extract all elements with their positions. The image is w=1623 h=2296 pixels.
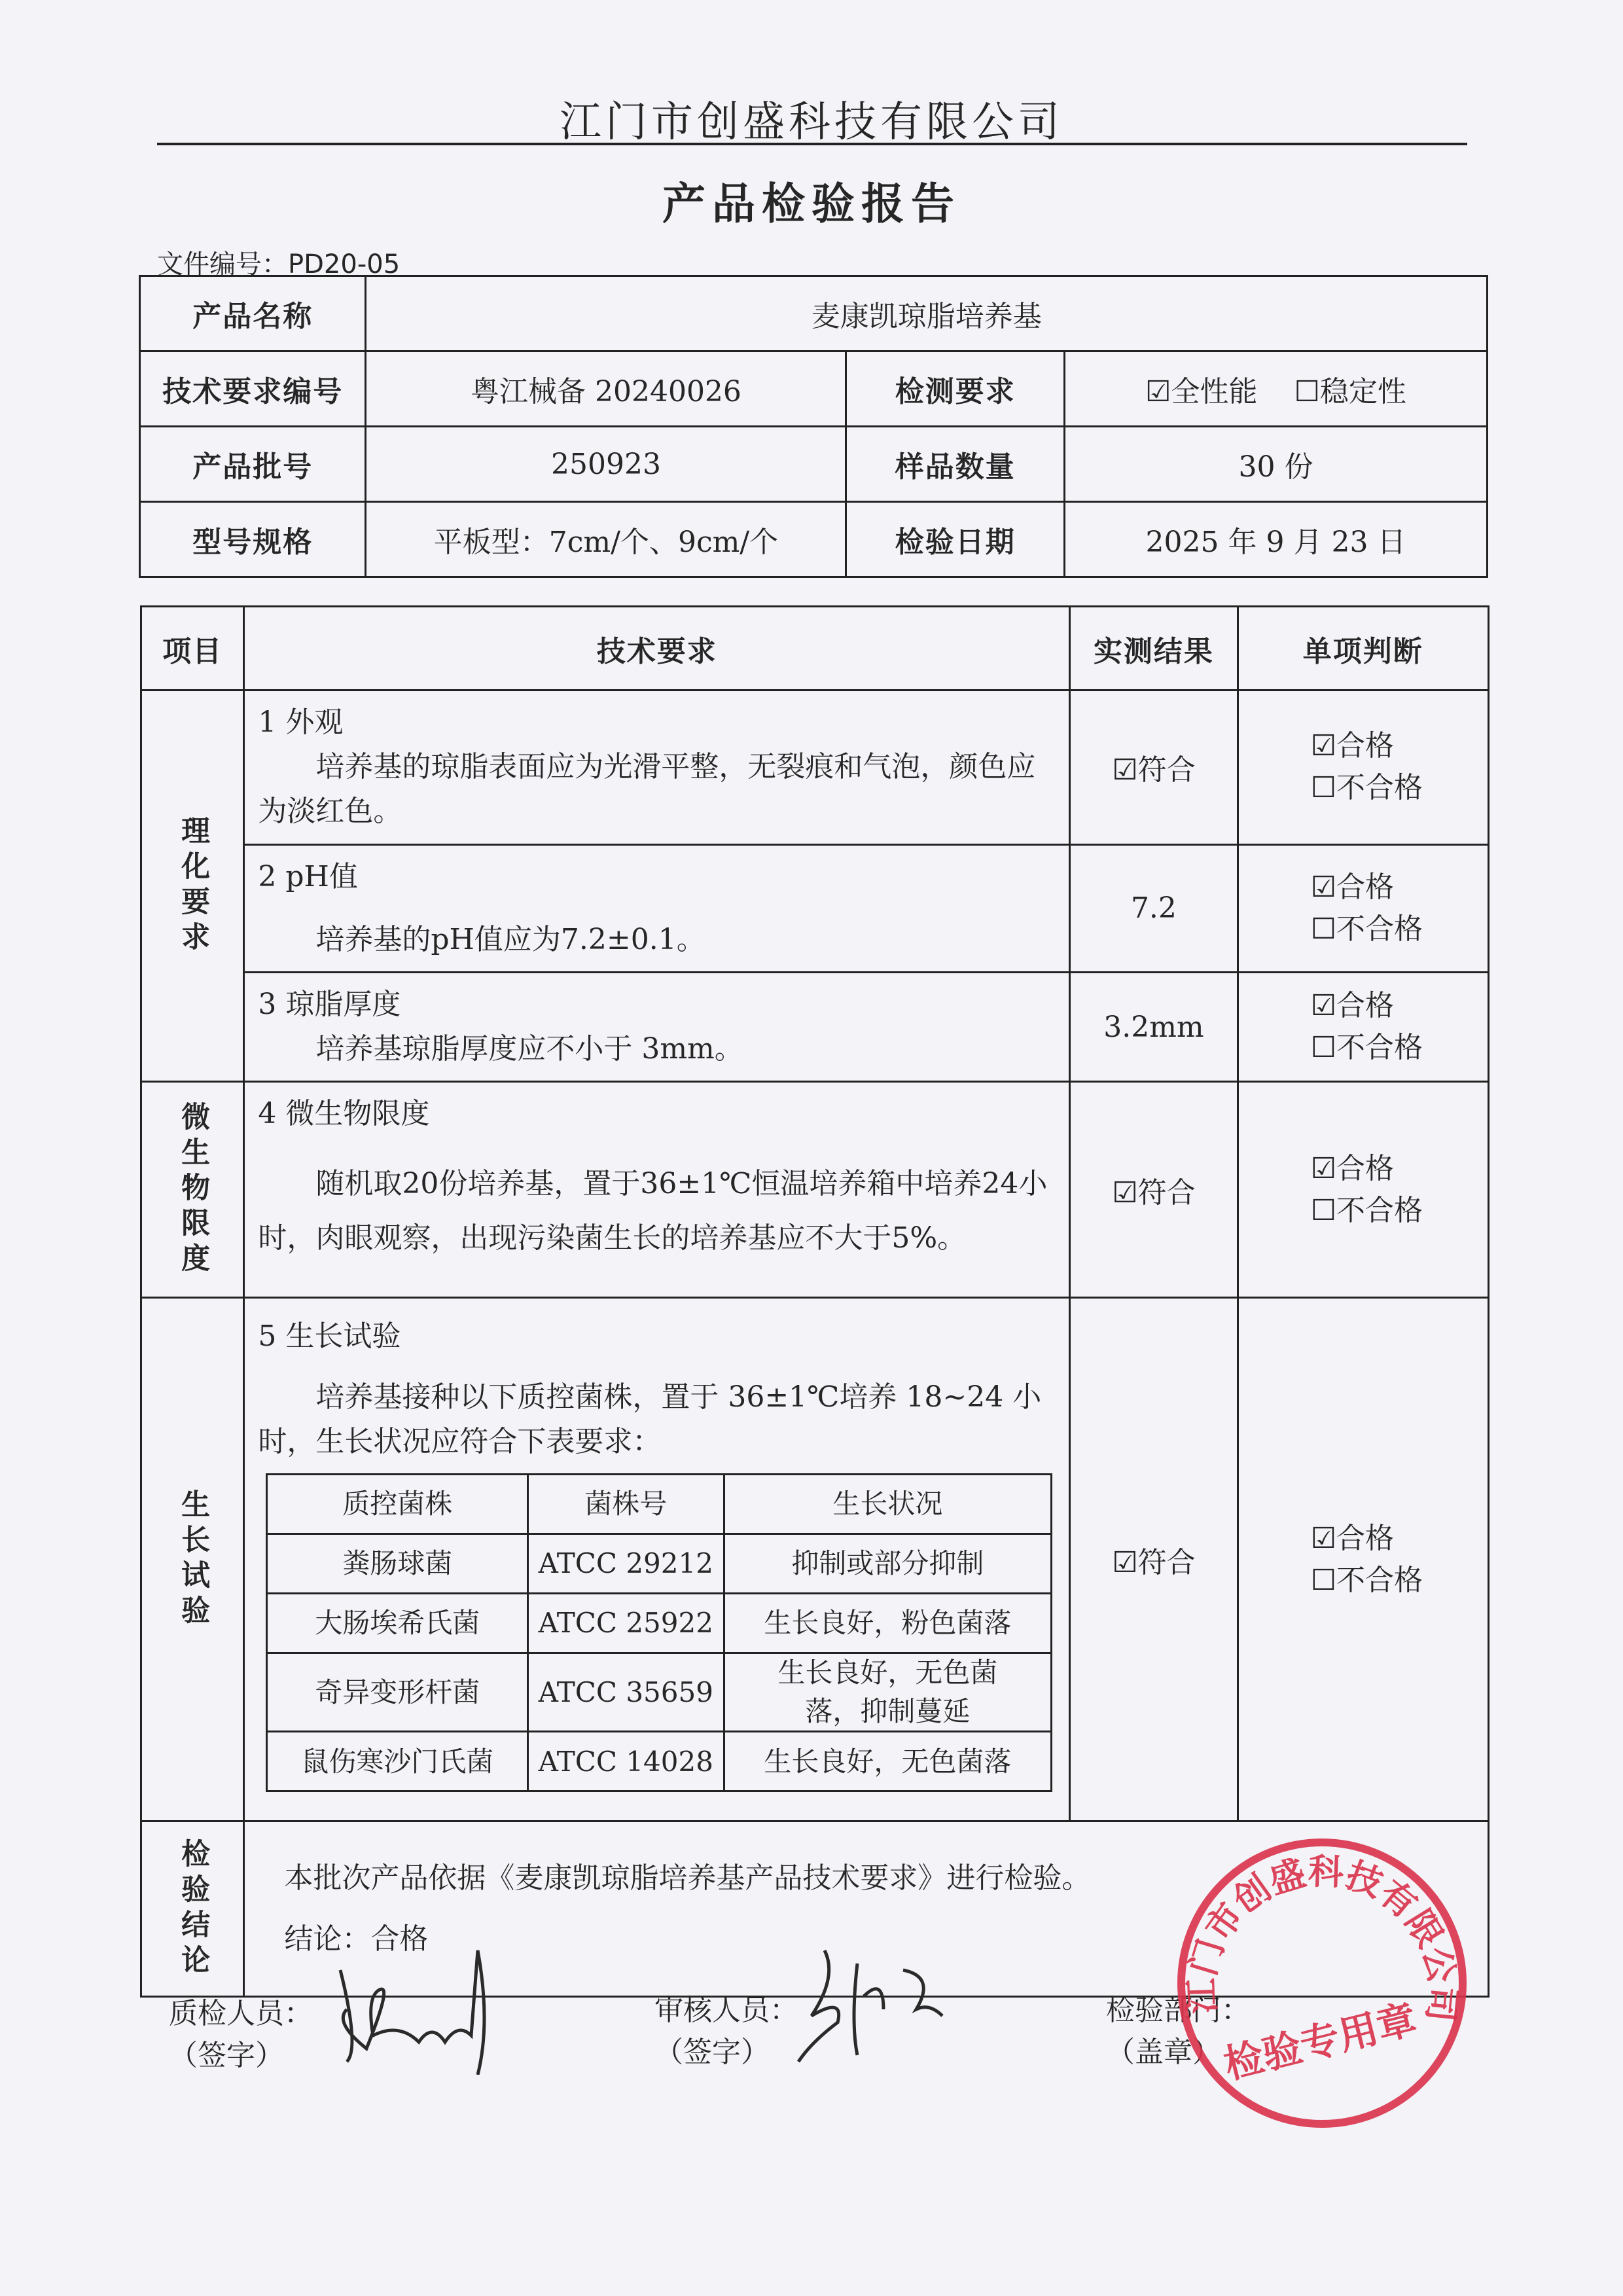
fail-checkbox[interactable]: ☐不合格 <box>1311 1560 1488 1602</box>
strain-code: ATCC 25922 <box>528 1593 724 1653</box>
growth-status: 生长良好，无色菌落 <box>724 1732 1052 1791</box>
test-date-label: 检验日期 <box>846 502 1064 577</box>
checked-box-icon: ☑ <box>1311 1522 1336 1555</box>
judgement-cell: ☑合格 ☐不合格 <box>1238 972 1488 1081</box>
fail-label: 不合格 <box>1336 1031 1423 1064</box>
inspector-signature[interactable] <box>321 1944 543 2075</box>
growth-header-status: 生长状况 <box>724 1474 1052 1534</box>
fail-checkbox[interactable]: ☐不合格 <box>1311 1190 1488 1232</box>
growth-table: 质控菌株 菌株号 生长状况 粪肠球菌 ATCC 29212 抑制或部分抑制 大肠… <box>266 1473 1052 1793</box>
judgement-cell: ☑合格 ☐不合格 <box>1238 1082 1488 1298</box>
growth-header-code: 菌株号 <box>528 1474 724 1534</box>
unchecked-box-icon: ☐ <box>1311 1564 1336 1597</box>
report-title: 产品检验报告 <box>0 169 1623 231</box>
results-table: 项目 技术要求 实测结果 单项判断 理化要求 1 外观培养基的琼脂表面应为光滑平… <box>140 605 1489 1998</box>
row-text: 培养基琼脂厚度应不小于 3mm。 <box>258 1027 1056 1071</box>
pass-label: 合格 <box>1336 1152 1394 1185</box>
row-text: 培养基接种以下质控菌株，置于 36±1℃培养 18~24 小时，生长状况应符合下… <box>258 1375 1056 1464</box>
pass-label: 合格 <box>1336 1522 1394 1555</box>
strain-name: 奇异变形杆菌 <box>267 1653 528 1732</box>
table-row: 微生物限度 4 微生物限度随机取20份培养基，置于36±1℃恒温培养箱中培养24… <box>141 1082 1489 1298</box>
reviewer-signature[interactable] <box>785 1937 1008 2068</box>
growth-row: 奇异变形杆菌 ATCC 35659 生长良好，无色菌落，抑制蔓延 <box>267 1653 1052 1732</box>
unchecked-box-icon: ☐ <box>1311 912 1336 946</box>
row-text: 培养基的pH值应为7.2±0.1。 <box>258 918 1056 962</box>
category-microbial: 微生物限度 <box>171 1102 213 1278</box>
svg-text:江门市创盛科技有限公司: 江门市创盛科技有限公司 <box>1181 1851 1463 2024</box>
category-growth: 生长试验 <box>171 1489 213 1630</box>
category-physchem: 理化要求 <box>171 816 213 957</box>
unchecked-box-icon: ☐ <box>1311 1031 1336 1064</box>
strain-name: 鼠伤寒沙门氏菌 <box>267 1732 528 1791</box>
batch-value: 250923 <box>366 427 846 502</box>
row-title: 2 pH值 <box>258 855 1056 899</box>
fail-label: 不合格 <box>1336 912 1423 946</box>
growth-row: 粪肠球菌 ATCC 29212 抑制或部分抑制 <box>267 1534 1052 1593</box>
checked-box-icon: ☑ <box>1311 870 1336 904</box>
judgement-cell: ☑合格 ☐不合格 <box>1238 844 1488 972</box>
fail-label: 不合格 <box>1336 1194 1423 1227</box>
sample-qty-value: 30 份 <box>1064 427 1487 502</box>
sample-qty-label: 样品数量 <box>846 427 1064 502</box>
inspector-note: （签字） <box>169 2035 313 2077</box>
growth-row: 鼠伤寒沙门氏菌 ATCC 14028 生长良好，无色菌落 <box>267 1732 1052 1791</box>
growth-header-strain: 质控菌株 <box>267 1474 528 1534</box>
header-measured: 实测结果 <box>1070 607 1238 691</box>
seal-ring-text: 江门市创盛科技有限公司 <box>1181 1851 1463 2024</box>
full-performance-label: 全性能 <box>1171 375 1258 408</box>
unchecked-box-icon: ☐ <box>1294 375 1319 408</box>
measured-value: 3.2mm <box>1070 972 1238 1081</box>
pass-label: 合格 <box>1336 729 1394 762</box>
product-info-table: 产品名称 麦康凯琼脂培养基 技术要求编号 粤江械备 20240026 检测要求 … <box>139 275 1488 578</box>
inspector-signature-block: 质检人员： （签字） <box>169 1993 313 2077</box>
reviewer-label: 审核人员： <box>654 1990 798 2032</box>
checked-box-icon: ☑ <box>1311 1152 1336 1185</box>
strain-name: 粪肠球菌 <box>267 1534 528 1593</box>
strain-code: ATCC 29212 <box>528 1534 724 1593</box>
pass-label: 合格 <box>1336 989 1394 1022</box>
tech-req-no-value: 粤江械备 20240026 <box>366 351 846 427</box>
pass-label: 合格 <box>1336 870 1394 904</box>
unchecked-box-icon: ☐ <box>1311 771 1336 804</box>
strain-code: ATCC 14028 <box>528 1732 724 1791</box>
company-seal-stamp: 江门市创盛科技有限公司 检验专用章 <box>1171 1833 1472 2134</box>
stability-checkbox[interactable]: ☐稳定性 <box>1294 375 1406 408</box>
reviewer-signature-block: 审核人员： （签字） <box>654 1990 798 2073</box>
strain-name: 大肠埃希氏菌 <box>267 1593 528 1653</box>
growth-status: 生长良好，粉色菌落 <box>724 1593 1052 1653</box>
row-title: 3 琼脂厚度 <box>258 982 1056 1027</box>
header-item: 项目 <box>141 607 244 691</box>
judgement-cell: ☑合格 ☐不合格 <box>1238 1298 1488 1821</box>
fail-label: 不合格 <box>1336 771 1423 804</box>
row-title: 5 生长试验 <box>258 1314 1056 1359</box>
fail-label: 不合格 <box>1336 1564 1423 1597</box>
fail-checkbox[interactable]: ☐不合格 <box>1311 908 1488 950</box>
row-text: 随机取20份培养基，置于36±1℃恒温培养箱中培养24小时，肉眼观察，出现污染菌… <box>258 1157 1056 1266</box>
checked-box-icon: ☑ <box>1311 729 1336 762</box>
fail-checkbox[interactable]: ☐不合格 <box>1311 767 1488 809</box>
measured-value: ☑符合 <box>1070 691 1238 845</box>
pass-checkbox[interactable]: ☑合格 <box>1311 985 1488 1027</box>
row-text: 培养基的琼脂表面应为光滑平整，无裂痕和气泡，颜色应为淡红色。 <box>258 745 1056 834</box>
fail-checkbox[interactable]: ☐不合格 <box>1311 1027 1488 1069</box>
table-row: 2 pH值培养基的pH值应为7.2±0.1。 7.2 ☑合格 ☐不合格 <box>141 844 1489 972</box>
judgement-cell: ☑合格 ☐不合格 <box>1238 691 1488 845</box>
table-row: 3 琼脂厚度培养基琼脂厚度应不小于 3mm。 3.2mm ☑合格 ☐不合格 <box>141 972 1489 1081</box>
growth-status: 抑制或部分抑制 <box>724 1534 1052 1593</box>
reviewer-note: （签字） <box>654 2032 798 2073</box>
table-row: 理化要求 1 外观培养基的琼脂表面应为光滑平整，无裂痕和气泡，颜色应为淡红色。 … <box>141 691 1489 845</box>
category-conclusion: 检验结论 <box>171 1839 213 1980</box>
checked-box-icon: ☑ <box>1311 989 1336 1022</box>
inspector-label: 质检人员： <box>169 1993 313 2035</box>
tech-req-no-label: 技术要求编号 <box>140 351 366 427</box>
seal-center-text: 检验专用章 <box>1220 1996 1421 2088</box>
checked-box-icon: ☑ <box>1145 375 1171 408</box>
test-req-label: 检测要求 <box>846 351 1064 427</box>
row-title: 4 微生物限度 <box>258 1092 1056 1136</box>
model-value: 平板型：7cm/个、9cm/个 <box>366 502 846 577</box>
measured-value: 7.2 <box>1070 844 1238 972</box>
growth-status: 生长良好，无色菌落，抑制蔓延 <box>724 1653 1052 1732</box>
growth-row: 大肠埃希氏菌 ATCC 25922 生长良好，粉色菌落 <box>267 1593 1052 1653</box>
header-divider <box>157 143 1467 145</box>
pass-checkbox[interactable]: ☑合格 <box>1311 867 1488 908</box>
measured-value: ☑符合 <box>1070 1298 1238 1821</box>
product-name-label: 产品名称 <box>140 276 366 351</box>
stability-label: 稳定性 <box>1320 375 1406 408</box>
pass-checkbox[interactable]: ☑合格 <box>1311 725 1488 767</box>
pass-checkbox[interactable]: ☑合格 <box>1311 1148 1488 1190</box>
row-title: 1 外观 <box>258 700 1056 745</box>
header-requirement: 技术要求 <box>244 607 1070 691</box>
company-name: 江门市创盛科技有限公司 <box>0 88 1623 149</box>
product-name-value: 麦康凯琼脂培养基 <box>366 276 1488 351</box>
full-performance-checkbox[interactable]: ☑全性能 <box>1145 375 1257 408</box>
unchecked-box-icon: ☐ <box>1311 1194 1336 1227</box>
measured-value: ☑符合 <box>1070 1082 1238 1298</box>
pass-checkbox[interactable]: ☑合格 <box>1311 1518 1488 1560</box>
test-req-options: ☑全性能 ☐稳定性 <box>1064 351 1487 427</box>
test-date-value: 2025 年 9 月 23 日 <box>1064 502 1487 577</box>
table-row: 生长试验 5 生长试验 培养基接种以下质控菌株，置于 36±1℃培养 18~24… <box>141 1298 1489 1821</box>
header-judgement: 单项判断 <box>1238 607 1488 691</box>
strain-code: ATCC 35659 <box>528 1653 724 1732</box>
batch-label: 产品批号 <box>140 427 366 502</box>
model-label: 型号规格 <box>140 502 366 577</box>
